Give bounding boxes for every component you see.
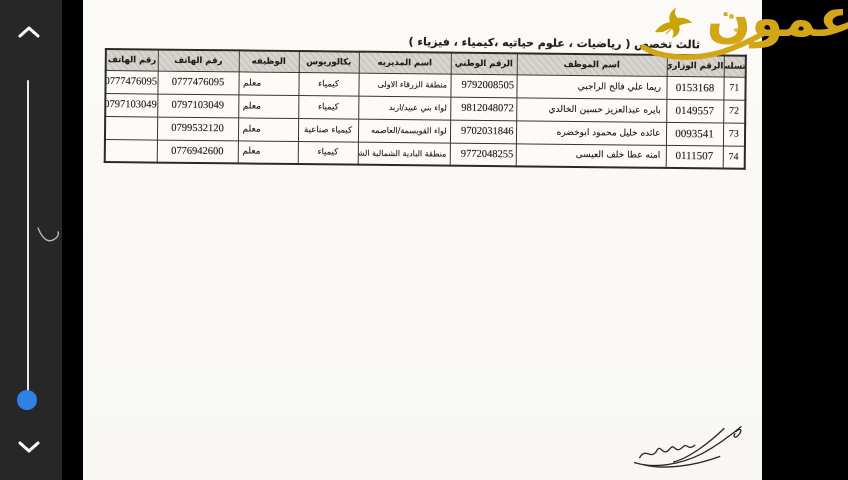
table-cell: كيمياء	[298, 72, 358, 96]
table-cell: 0797103049	[105, 93, 157, 117]
document-title: ثالث تخصص ( رياضيات ، علوم حياتيه ،كيميا…	[408, 35, 700, 51]
column-header: الرقم الوطني	[451, 53, 517, 75]
curve-mark-icon	[36, 225, 62, 255]
table-cell: لواء بني عبيد/اربد	[358, 96, 450, 120]
table-cell: 0093541	[666, 122, 723, 146]
table-cell: 9702031846	[450, 120, 516, 144]
document-table: تسلسلالرقم الوزارياسم الموظفالرقم الوطني…	[104, 48, 747, 170]
table-cell: 0776942600	[157, 140, 238, 164]
table-cell: ريما علي فالح الراجبي	[516, 74, 666, 99]
page-slider-thumb[interactable]	[17, 390, 37, 410]
document-page: ثالث تخصص ( رياضيات ، علوم حياتيه ،كيميا…	[83, 0, 762, 480]
column-header: الوظيفه	[239, 50, 299, 72]
column-header: اسم المديريه	[359, 52, 451, 74]
table-cell: منطقة البادية الشمالية الشرقية	[358, 142, 450, 166]
table-cell: كيمياء	[298, 95, 358, 119]
table-cell: لواء القويسمة/العاصمه	[358, 119, 450, 143]
table-cell: 0797103049	[157, 94, 238, 118]
table-body: 710153168ريما علي فالح الراجبي9792008505…	[105, 70, 746, 169]
table-cell: 72	[723, 100, 745, 123]
table-cell: 0777476095	[105, 70, 157, 94]
table-cell: معلم	[238, 71, 298, 95]
table-cell: بايره عبدالعزيز حسين الخالدي	[516, 97, 666, 122]
chevron-up-icon[interactable]	[17, 24, 41, 40]
table-cell: 9772048255	[450, 143, 516, 167]
table-cell: كيمياء	[298, 141, 358, 165]
column-header: تسلسل	[724, 56, 746, 77]
document-scan: ثالث تخصص ( رياضيات ، علوم حياتيه ،كيميا…	[78, 0, 762, 480]
column-header: بكالوريوس	[299, 51, 359, 73]
column-header: اسم الموظف	[517, 53, 667, 76]
table-cell: كيمياء صناعية	[298, 118, 358, 142]
signature-scribble	[623, 415, 754, 478]
table-cell: عائده خليل محمود ابوخضره	[516, 120, 666, 145]
column-header: رقم الهاتف	[158, 50, 239, 72]
table-cell: 9792008505	[450, 74, 516, 98]
table-cell: معلم	[238, 140, 298, 164]
table-cell: 0111507	[666, 145, 723, 169]
table-cell: معلم	[238, 94, 298, 118]
table-cell	[105, 116, 157, 140]
table-cell: 9812048072	[450, 97, 516, 121]
chevron-down-icon[interactable]	[17, 439, 41, 455]
table-cell: 0149557	[666, 99, 723, 123]
column-header: رقم الهاتف	[106, 49, 158, 71]
table-cell: 0799532120	[157, 117, 238, 141]
table-cell: 74	[723, 145, 745, 168]
viewer-sidebar	[0, 0, 62, 480]
page-slider-track[interactable]	[27, 80, 29, 398]
table-cell: 71	[723, 77, 745, 100]
table-cell: 0153168	[666, 76, 723, 100]
table-cell: 0777476095	[157, 71, 238, 95]
column-header: الرقم الوزاري	[667, 55, 724, 77]
table-cell: 73	[723, 122, 745, 145]
table-cell: امنه عطا خلف العيسى	[516, 143, 666, 168]
table-cell	[105, 139, 157, 163]
table-cell: منطقة الزرقاء الاولى	[358, 73, 450, 97]
table-cell: معلم	[238, 117, 298, 141]
